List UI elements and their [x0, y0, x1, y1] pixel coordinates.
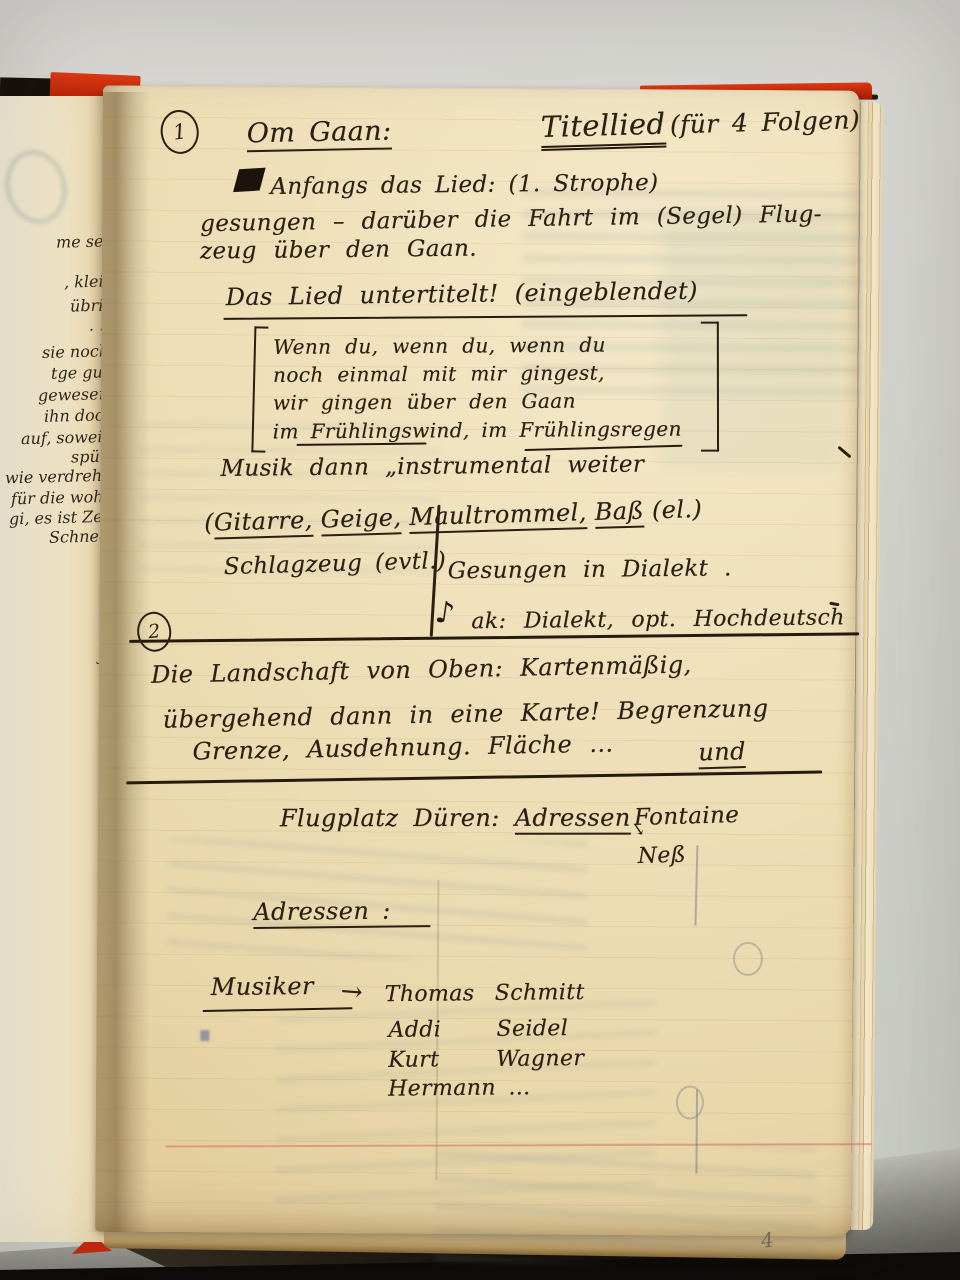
- song-title: Titellied: [540, 107, 666, 151]
- song-title-block: Titellied (für 4 Folgen): [540, 101, 860, 144]
- musician-last-name: Wagner: [496, 1046, 584, 1072]
- instrument: Geige,: [320, 503, 401, 536]
- left-page-fragment: für die wohl.: [11, 487, 114, 509]
- underline: [223, 314, 747, 320]
- vocals-line: Gesungen in Dialekt .: [448, 555, 732, 584]
- music-line: Musik dann „instrumental weiter: [220, 451, 644, 481]
- pencil-vertical-line: [694, 846, 698, 926]
- bleed-through-print: [660, 209, 842, 470]
- paren: (: [204, 509, 215, 537]
- page-title: Om Gaan:: [246, 115, 391, 152]
- pencil-circle-mark: [733, 942, 763, 976]
- verse-line: Wenn du, wenn du, wenn du: [273, 333, 606, 359]
- underline: [203, 1007, 353, 1012]
- blue-ink-dot: [200, 1030, 209, 1041]
- pencil-circle-mark: [676, 1085, 704, 1119]
- page-number: 4: [759, 1227, 775, 1252]
- musician-first-name: Hermann …: [388, 1075, 531, 1101]
- vocals-line: ak: Dialekt, opt. Hochdeutsch: [471, 605, 845, 634]
- airfield-addresses-word: Adressen: [515, 804, 631, 835]
- musician-first-name: Addi: [388, 1017, 441, 1043]
- section-divider-rule: [126, 771, 822, 784]
- intro-line: zeug über den Gaan.: [200, 236, 477, 265]
- underline: [524, 445, 682, 451]
- verse-line: wir gingen über den Gaan: [273, 389, 576, 415]
- ink-stray-mark: [837, 446, 851, 459]
- musicians-label: Musiker: [211, 972, 314, 1001]
- music-note-icon: ♪: [433, 595, 457, 632]
- emphasis-word: und: [698, 737, 746, 769]
- airfield-contact: Fontaine: [634, 802, 740, 831]
- section-number-badge: 1: [158, 108, 201, 157]
- musician-last-name: Schmitt: [495, 980, 585, 1006]
- ink-block-mark: [233, 168, 266, 193]
- red-margin-line: [166, 1143, 872, 1147]
- landscape-line: übergehend dann in eine Karte! Begrenzun…: [162, 694, 768, 734]
- arrow-icon: →: [340, 976, 364, 1008]
- airfield-contact: Neß: [637, 843, 686, 869]
- song-title-note: (für 4 Folgen): [669, 105, 860, 139]
- intro-line: gesungen – darüber die Fahrt im (Segel) …: [200, 201, 822, 237]
- underline: [297, 443, 427, 446]
- music-line: Schlagzeug (evtl.): [223, 548, 446, 580]
- verse-bracket-left: [251, 326, 268, 452]
- notebook-page: 1 Om Gaan: Titellied (für 4 Folgen) Anfa…: [95, 85, 859, 1236]
- left-page-fragment: wie verdreht.: [5, 466, 114, 488]
- airfield-line: Flugplatz Düren: Adressen↘: [280, 804, 645, 833]
- intro-line: Anfangs das Lied: (1. Strophe): [270, 170, 658, 200]
- landscape-line: Grenze, Ausdehnung. Fläche …: [192, 729, 614, 765]
- instruments-line: (Gitarre, Geige, Maultrommel, Baß (el.): [204, 495, 703, 537]
- addresses-heading: Adressen :: [253, 896, 431, 929]
- left-page-fragment: gi, es ist Zeit: [8, 507, 114, 529]
- verse-bracket-right: [701, 322, 719, 452]
- instrument: Baß: [594, 497, 644, 529]
- musician-first-name: Kurt: [388, 1047, 439, 1073]
- subtitle-note: Das Lied untertitelt! (eingeblendet): [225, 277, 698, 312]
- bleed-oval-mark: [0, 143, 75, 230]
- verse-line: noch einmal mit mir gingest,: [273, 361, 605, 387]
- instrument: Gitarre,: [213, 506, 313, 540]
- airfield-label: Flugplatz Düren:: [280, 804, 500, 832]
- section-number-badge: 2: [135, 610, 173, 653]
- musician-last-name: Seidel: [496, 1016, 568, 1042]
- verse-line: im Frühlingswind, im Frühlingsregen: [273, 417, 682, 444]
- photo-scene: me seil , klein übrig · · · sie noch. tg…: [0, 0, 960, 1280]
- instrument-suffix: (el.): [651, 495, 702, 524]
- landscape-line: Die Landschaft von Oben: Kartenmäßig,: [151, 650, 692, 688]
- musician-first-name: Thomas: [385, 981, 475, 1007]
